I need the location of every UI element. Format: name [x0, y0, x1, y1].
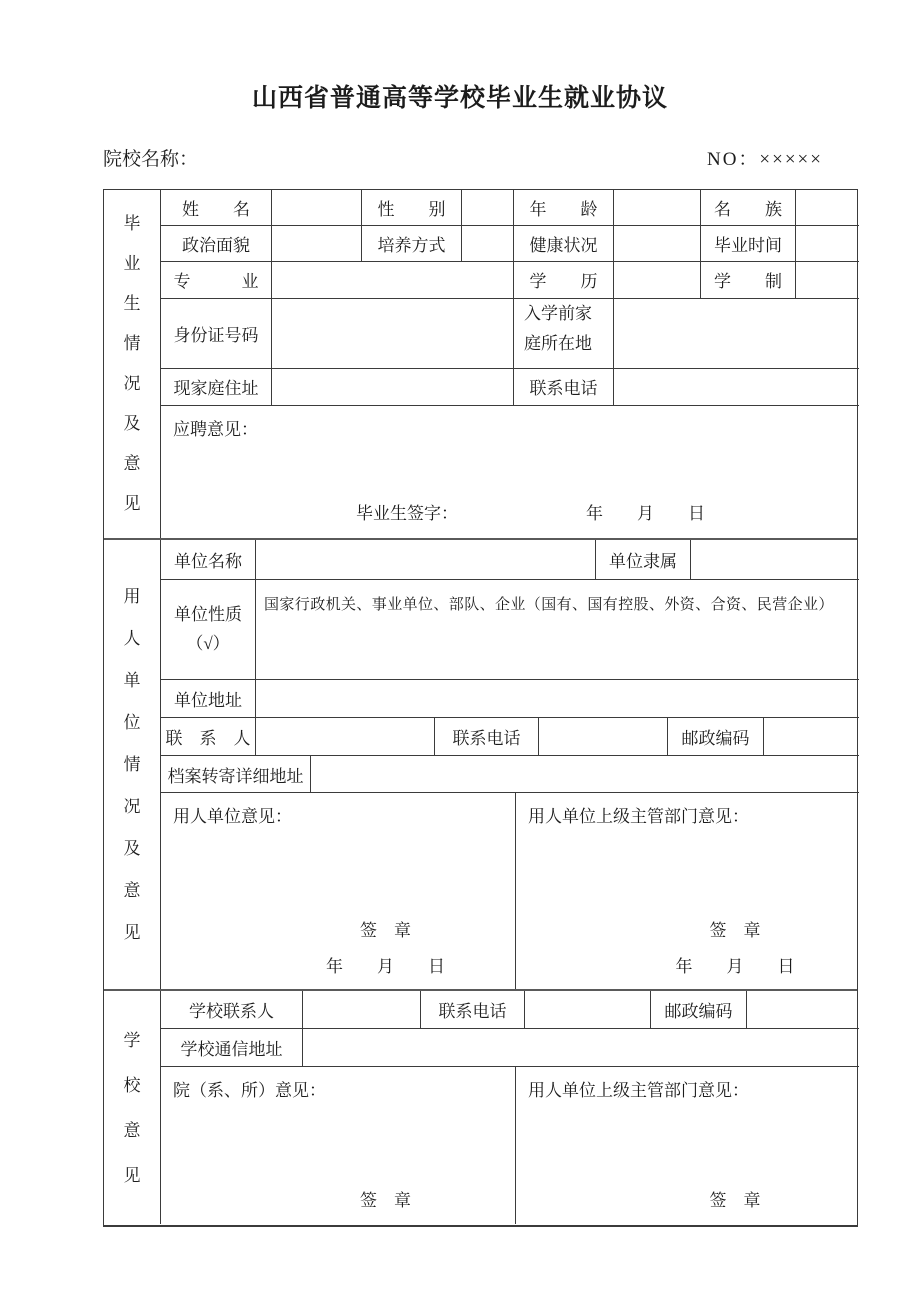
political-status-value-cell[interactable]: [272, 226, 362, 261]
school-postal-code-value-cell[interactable]: [747, 991, 859, 1028]
ethnicity-label: 名 族: [701, 190, 796, 225]
school-phone-label: 联系电话: [421, 991, 525, 1028]
major-value-cell[interactable]: [272, 262, 514, 298]
table-row: 学校联系人 联系电话 邮政编码: [161, 991, 859, 1029]
application-opinion-label: 应聘意见：: [173, 420, 258, 439]
graduate-signature-label: 毕业生签字：: [356, 499, 458, 524]
table-row: 单位名称 单位隶属: [161, 540, 859, 580]
unit-address-label: 单位地址: [161, 680, 256, 717]
school-contact-label: 学校联系人: [161, 991, 303, 1028]
document-page: 山西省普通高等学校毕业生就业协议 院校名称： NO：××××× 毕业生情况及意见…: [0, 0, 920, 1302]
table-row: 身份证号码 入学前家 庭所在地: [161, 299, 859, 369]
schooling-years-value-cell[interactable]: [796, 262, 859, 298]
table-row: 联 系 人 联系电话 邮政编码: [161, 718, 859, 756]
table-row: 用人单位意见： 签 章 年 月 日 用人单位上级主管部门意见： 签 章 年 月 …: [161, 793, 859, 989]
employer-supervisor-opinion-cell[interactable]: 用人单位上级主管部门意见： 签 章 年 月 日: [516, 793, 859, 989]
unit-affiliation-label: 单位隶属: [596, 540, 691, 579]
supervisor-date-label: 年 月 日: [516, 952, 859, 977]
unit-affiliation-value-cell[interactable]: [691, 540, 859, 579]
contact-phone-label: 联系电话: [514, 369, 614, 405]
current-home-address-value-cell[interactable]: [272, 369, 514, 405]
graduation-time-value-cell[interactable]: [796, 226, 859, 261]
school-supervisor-opinion-cell[interactable]: 用人单位上级主管部门意见： 签 章: [516, 1067, 859, 1225]
table-row: 专 业 学 历 学 制: [161, 262, 859, 299]
unit-type-options-text: 国家行政机关、事业单位、部队、企业（国有、国有控股、外资、合资、民营企业）: [264, 593, 834, 614]
department-opinion-cell[interactable]: 院（系、所）意见： 签 章: [161, 1067, 516, 1225]
serial-number: NO：×××××: [707, 144, 858, 171]
id-number-label: 身份证号码: [161, 299, 272, 368]
education-level-value-cell[interactable]: [614, 262, 701, 298]
employer-phone-value-cell[interactable]: [539, 718, 668, 755]
archive-address-label: 档案转寄详细地址: [161, 756, 311, 792]
table-row: 学校通信地址: [161, 1029, 859, 1067]
school-address-label: 学校通信地址: [161, 1029, 303, 1066]
employer-opinion-label: 用人单位意见：: [173, 807, 292, 826]
training-mode-label: 培养方式: [362, 226, 462, 261]
page-title: 山西省普通高等学校毕业生就业协议: [0, 0, 920, 112]
table-row: 单位地址: [161, 680, 859, 718]
table-row: 姓 名 性 别 年 龄 名 族: [161, 190, 859, 226]
training-mode-value-cell[interactable]: [462, 226, 514, 261]
archive-address-value-cell[interactable]: [311, 756, 859, 792]
schooling-years-label: 学 制: [701, 262, 796, 298]
age-label: 年 龄: [514, 190, 614, 225]
name-value-cell[interactable]: [272, 190, 362, 225]
table-row: 应聘意见： 毕业生签字： 年 月 日: [161, 406, 859, 539]
education-level-label: 学 历: [514, 262, 614, 298]
major-label: 专 业: [161, 262, 272, 298]
school-address-value-cell[interactable]: [303, 1029, 859, 1066]
agreement-form-table: 毕业生情况及意见 姓 名 性 别 年 龄 名 族 政治面貌 培养方式: [103, 189, 858, 1227]
ethnicity-value-cell[interactable]: [796, 190, 859, 225]
gender-value-cell[interactable]: [462, 190, 514, 225]
employer-phone-label: 联系电话: [435, 718, 539, 755]
employer-opinion-cell[interactable]: 用人单位意见： 签 章 年 月 日: [161, 793, 516, 989]
pre-enrollment-home-label: 入学前家 庭所在地: [514, 299, 614, 368]
table-row: 档案转寄详细地址: [161, 756, 859, 793]
school-name-label: 院校名称：: [103, 144, 198, 171]
table-row: 单位性质 （√） 国家行政机关、事业单位、部队、企业（国有、国有控股、外资、合资…: [161, 580, 859, 680]
table-row: 现家庭住址 联系电话: [161, 369, 859, 406]
table-row: 政治面貌 培养方式 健康状况 毕业时间: [161, 226, 859, 262]
application-opinion-cell[interactable]: 应聘意见： 毕业生签字： 年 月 日: [161, 406, 859, 539]
school-contact-value-cell[interactable]: [303, 991, 421, 1028]
employer-seal-label: 签 章: [161, 916, 515, 941]
department-seal-label: 签 章: [161, 1186, 515, 1211]
supervisor-seal-label: 签 章: [516, 916, 859, 941]
unit-type-label: 单位性质 （√）: [161, 580, 256, 679]
section-school: 学校意见 学校联系人 联系电话 邮政编码 学校通信地址 院（系、所）意见：: [104, 989, 857, 1225]
contact-person-value-cell[interactable]: [256, 718, 435, 755]
section-graduate-side-label: 毕业生情况及意见: [104, 190, 161, 539]
section-employer: 用人单位情况及意见 单位名称 单位隶属 单位性质 （√） 国家行政机关、事业单位…: [104, 538, 857, 989]
unit-type-options-cell[interactable]: 国家行政机关、事业单位、部队、企业（国有、国有控股、外资、合资、民营企业）: [256, 580, 859, 679]
id-number-value-cell[interactable]: [272, 299, 514, 368]
graduate-date-label: 年 月 日: [586, 499, 705, 524]
section-school-side-label: 学校意见: [104, 991, 161, 1225]
pre-enrollment-home-value-cell[interactable]: [614, 299, 859, 368]
gender-label: 性 别: [362, 190, 462, 225]
age-value-cell[interactable]: [614, 190, 701, 225]
school-supervisor-seal-label: 签 章: [516, 1186, 859, 1211]
name-label: 姓 名: [161, 190, 272, 225]
employer-supervisor-opinion-label: 用人单位上级主管部门意见：: [528, 807, 749, 826]
contact-person-label: 联 系 人: [161, 718, 256, 755]
employer-postal-code-label: 邮政编码: [668, 718, 764, 755]
section-employer-side-label: 用人单位情况及意见: [104, 540, 161, 989]
employer-postal-code-value-cell[interactable]: [764, 718, 859, 755]
health-value-cell[interactable]: [614, 226, 701, 261]
school-postal-code-label: 邮政编码: [651, 991, 747, 1028]
unit-name-label: 单位名称: [161, 540, 256, 579]
political-status-label: 政治面貌: [161, 226, 272, 261]
table-row: 院（系、所）意见： 签 章 用人单位上级主管部门意见： 签 章: [161, 1067, 859, 1225]
current-home-address-label: 现家庭住址: [161, 369, 272, 405]
section-graduate: 毕业生情况及意见 姓 名 性 别 年 龄 名 族 政治面貌 培养方式: [104, 190, 857, 539]
employer-date-label: 年 月 日: [161, 952, 515, 977]
contact-phone-value-cell[interactable]: [614, 369, 859, 405]
graduation-time-label: 毕业时间: [701, 226, 796, 261]
subheader: 院校名称： NO：×××××: [103, 144, 858, 171]
department-opinion-label: 院（系、所）意见：: [173, 1081, 326, 1100]
school-phone-value-cell[interactable]: [525, 991, 651, 1028]
unit-name-value-cell[interactable]: [256, 540, 596, 579]
graduate-signature-line: 毕业生签字： 年 月 日: [356, 499, 705, 524]
school-supervisor-opinion-label: 用人单位上级主管部门意见：: [528, 1081, 749, 1100]
unit-address-value-cell[interactable]: [256, 680, 859, 717]
health-label: 健康状况: [514, 226, 614, 261]
